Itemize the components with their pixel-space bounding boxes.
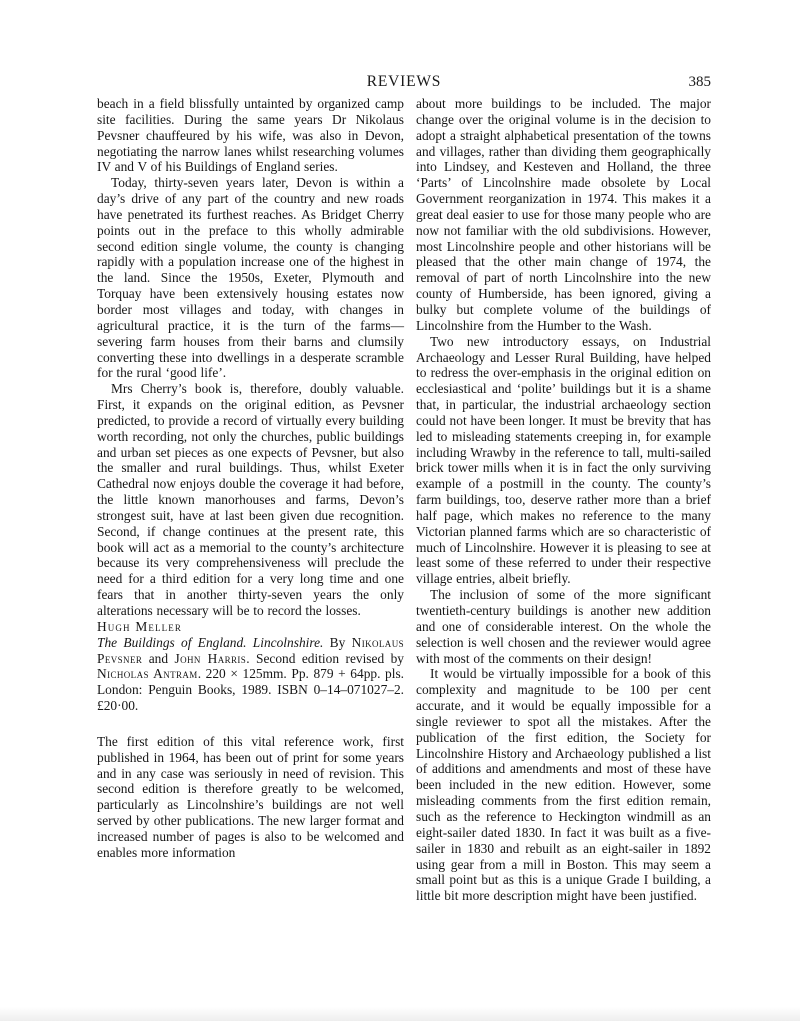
page-title: REVIEWS [97,73,711,91]
citation-editor: Nicholas Antram [97,666,198,681]
review-lincolnshire-paragraph-continuation: about more buildings to be included. The… [416,96,711,334]
citation-edition-text: . Second edition revised by [246,651,404,666]
review-devon-paragraph: Today, thirty-seven years later, Devon i… [97,175,404,381]
review-lincolnshire-paragraph: Two new introductory essays, on Industri… [416,334,711,588]
review-devon-paragraph-continuation: beach in a field blissfully untainted by… [97,96,404,175]
review-lincolnshire-paragraph: The first edition of this vital referenc… [97,734,404,861]
review-lincolnshire-paragraph: It would be virtually impossible for a b… [416,666,711,904]
scanned-journal-page: REVIEWS 385 beach in a field blissfully … [0,0,800,1021]
review-devon-paragraph: Mrs Cherry’s book is, therefore, doubly … [97,381,404,619]
citation-author-2: John Harris [174,651,246,666]
book-citation: The Buildings of England. Lincolnshire. … [97,635,404,714]
citation-book-title: The Buildings of England. Lincolnshire. [97,635,323,650]
left-column: beach in a field blissfully untainted by… [97,96,404,904]
citation-by-text: By [323,635,351,650]
two-column-text-block: beach in a field blissfully untainted by… [97,96,711,904]
reviewer-signature: Hugh Meller [97,619,404,635]
running-head: REVIEWS 385 [97,73,711,91]
page-number: 385 [689,74,712,91]
citation-conjunction: and [142,651,174,666]
right-column: about more buildings to be included. The… [416,96,711,904]
review-lincolnshire-paragraph: The inclusion of some of the more signif… [416,587,711,666]
